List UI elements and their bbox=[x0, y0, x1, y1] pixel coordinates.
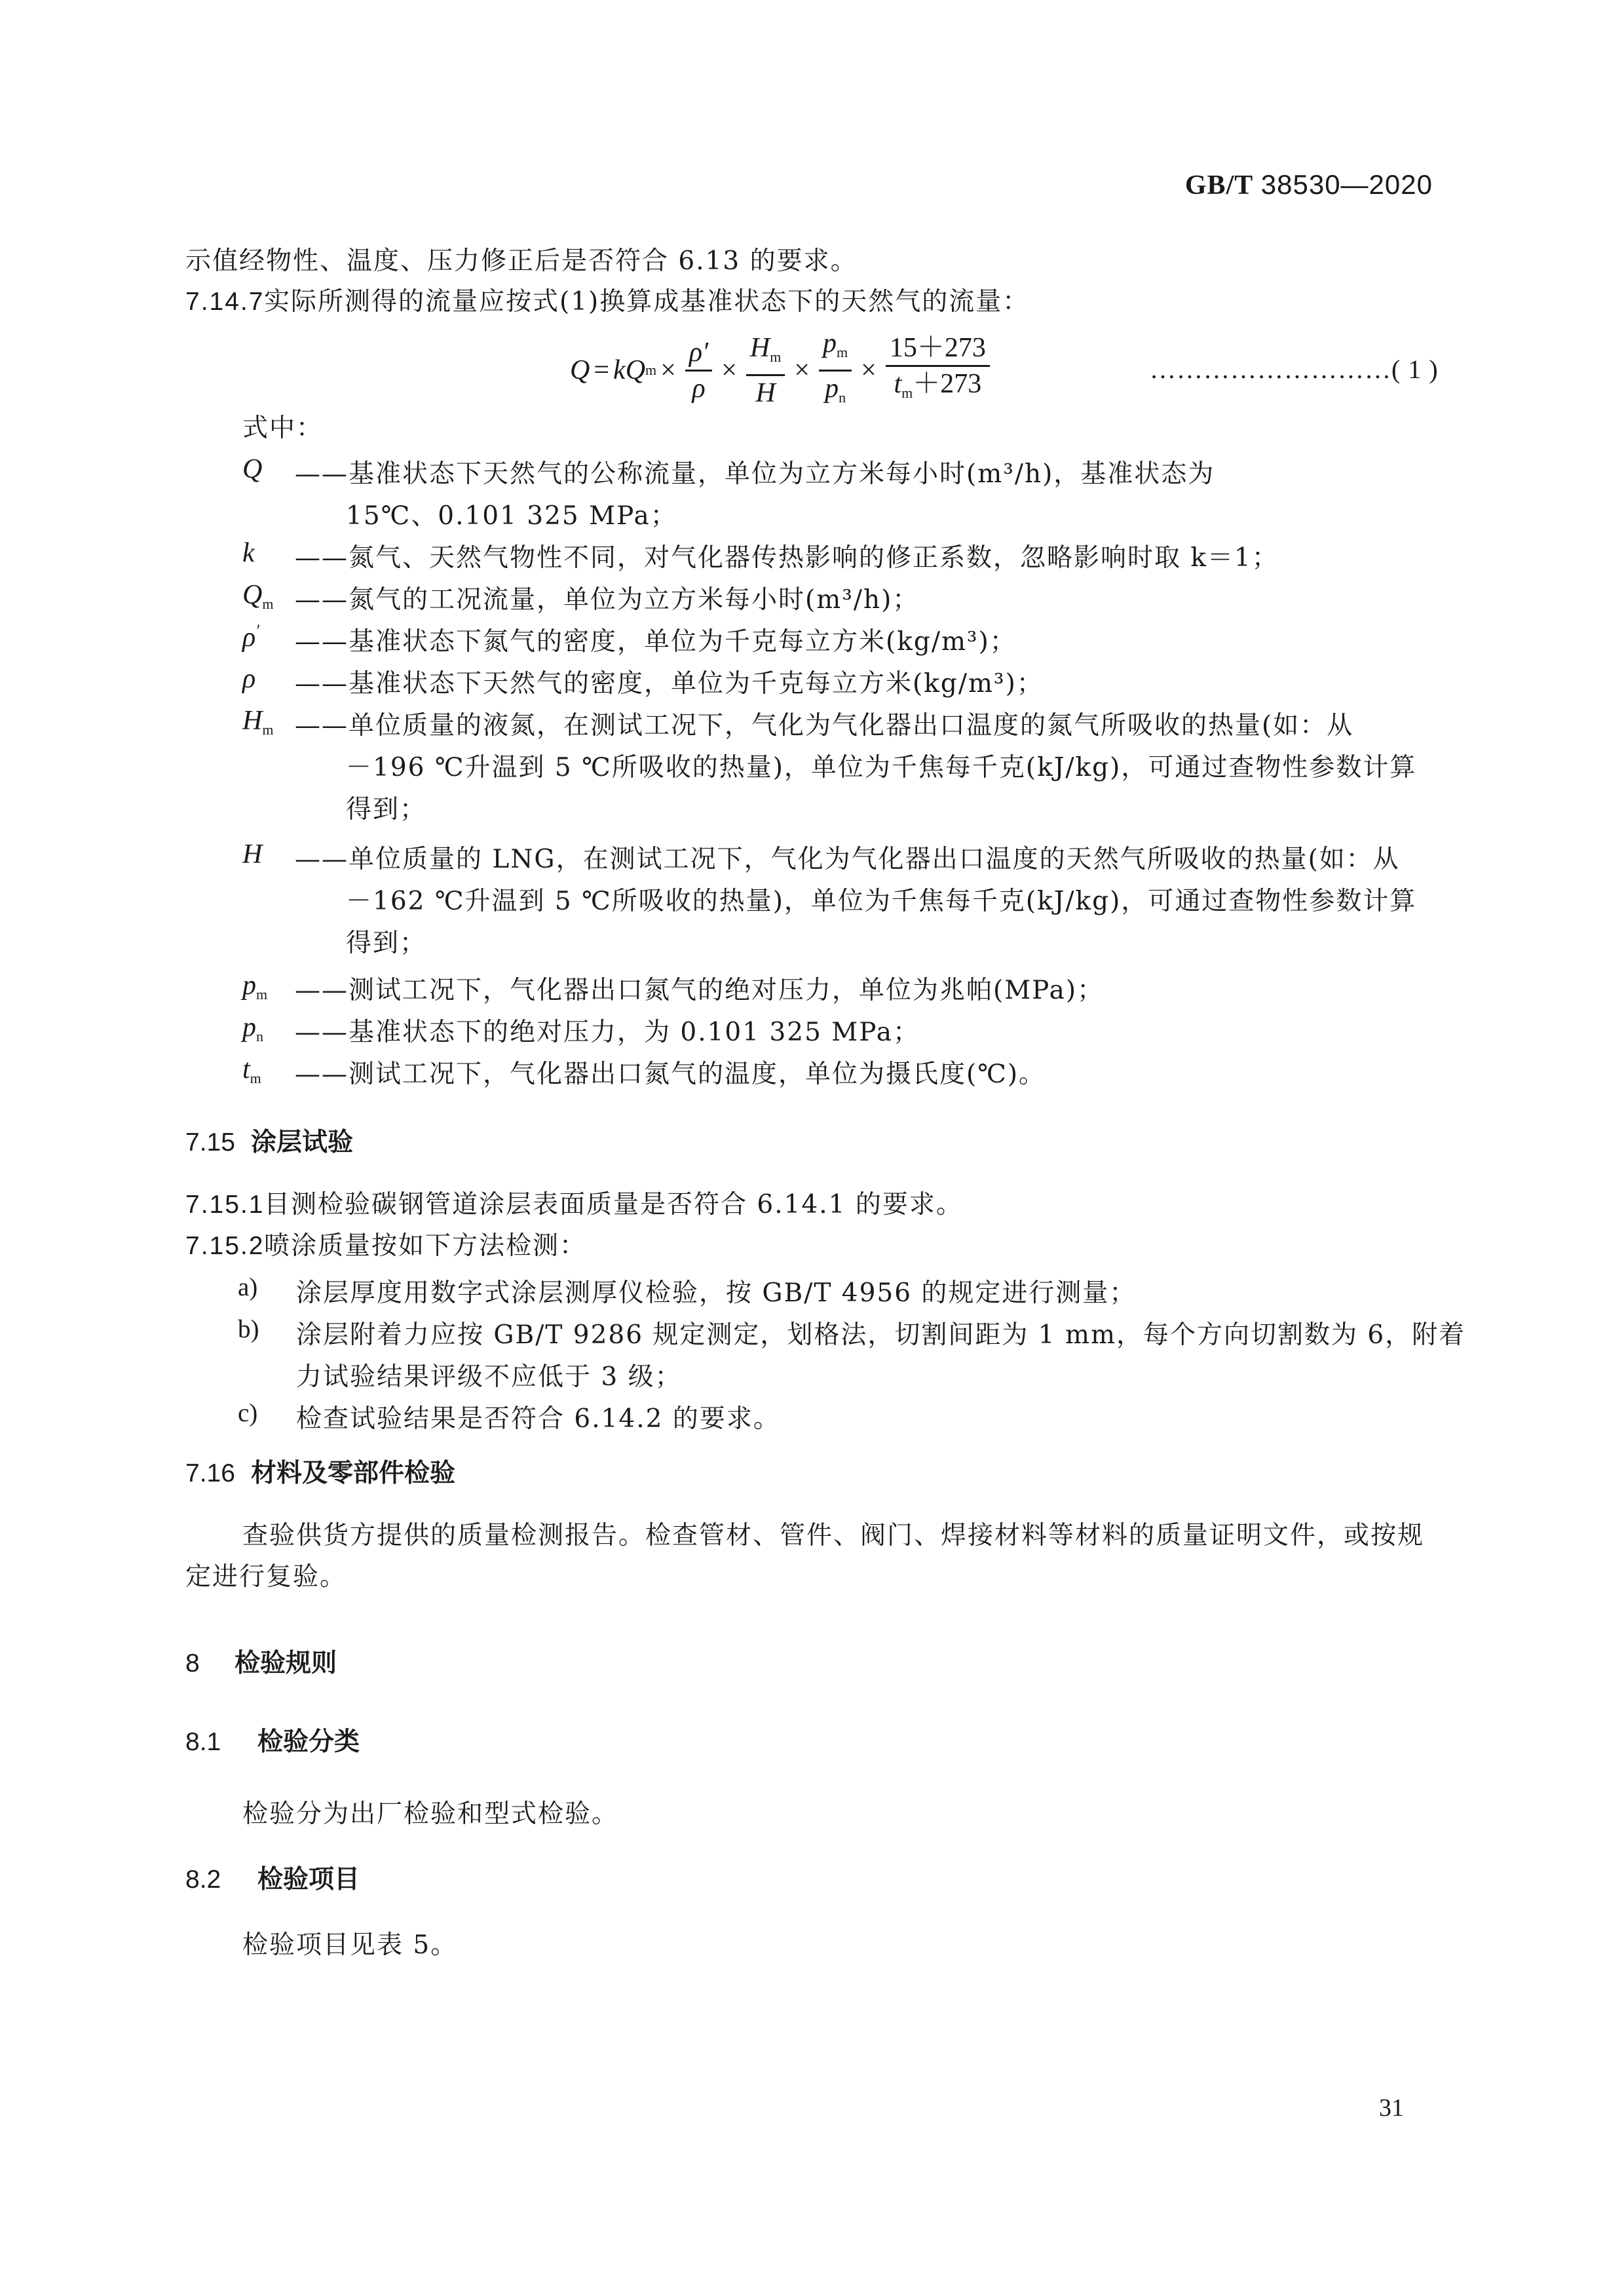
symbol: t bbox=[894, 369, 901, 399]
clause-7-15-1: 7.15.1目测检验碳钢管道涂层表面质量是否符合 6.14.1 的要求。 bbox=[185, 1189, 963, 1221]
clause-number: 7.15.1 bbox=[185, 1189, 264, 1221]
numerator: ρ′ bbox=[685, 335, 712, 372]
equation-label: ( 1 ) bbox=[1391, 354, 1439, 384]
formula-times: × bbox=[861, 354, 877, 386]
denominator: tm＋273 bbox=[890, 367, 985, 410]
chapter-number: 8 bbox=[185, 1648, 235, 1679]
subscript: m bbox=[262, 721, 273, 738]
standard-code-header: GB/T 38530—2020 bbox=[1185, 169, 1433, 201]
def-text: ——氮气的工况流量，单位为立方米每小时(m³/h)； bbox=[295, 579, 919, 616]
denominator: H bbox=[751, 376, 779, 410]
def-symbol-Qm: Qm bbox=[242, 579, 273, 613]
chapter-title: 检验规则 bbox=[235, 1649, 337, 1678]
def-text: ——基准状态下氮气的密度，单位为千克每立方米(kg/m³)； bbox=[295, 621, 1017, 658]
symbol: H bbox=[750, 333, 770, 363]
def-text-cont: 得到； bbox=[346, 923, 426, 959]
def-text: ——单位质量的 LNG，在测试工况下，气化为气化器出口温度的天然气所吸收的热量(… bbox=[295, 839, 1400, 875]
symbol: ρ bbox=[242, 622, 255, 653]
standard-prefix: GB/T bbox=[1185, 170, 1253, 201]
list-label-b: b) bbox=[238, 1314, 259, 1344]
section-number: 8.2 bbox=[185, 1864, 257, 1896]
symbol: p bbox=[242, 1012, 256, 1043]
superscript: ′ bbox=[255, 621, 259, 640]
def-symbol-k: k bbox=[242, 537, 255, 569]
subscript: m bbox=[256, 986, 267, 1003]
symbol: t bbox=[242, 1054, 250, 1084]
subscript: m bbox=[901, 385, 913, 401]
paragraph-7-16-cont: 定进行复验。 bbox=[185, 1561, 347, 1593]
formula-times: × bbox=[721, 354, 737, 386]
def-symbol-rho: ρ bbox=[242, 663, 255, 695]
def-text: ——基准状态下的绝对压力，为 0.101 325 MPa； bbox=[295, 1012, 920, 1048]
rest: ＋273 bbox=[913, 369, 981, 399]
def-text: ——基准状态下天然气的密度，单位为千克每立方米(kg/m³)； bbox=[295, 663, 1044, 700]
def-text: ——测试工况下，气化器出口氮气的温度，单位为摄氏度(℃)。 bbox=[295, 1054, 1046, 1090]
formula-qm-sub: m bbox=[645, 362, 656, 379]
def-text: ——单位质量的液氮，在测试工况下，气化为气化器出口温度的氮气所吸收的热量(如：从 bbox=[295, 705, 1353, 742]
formula-qm: Q bbox=[626, 354, 645, 386]
fraction-pressure: pm pn bbox=[819, 326, 852, 415]
denominator: pn bbox=[821, 372, 850, 415]
paragraph-8-2: 检验项目见表 5。 bbox=[242, 1930, 457, 1961]
symbol: p bbox=[825, 373, 839, 404]
def-text: ——氮气、天然气物性不同，对气化器传热影响的修正系数，忽略影响时取 k＝1； bbox=[295, 537, 1279, 574]
paragraph-7-16: 查验供货方提供的质量检测报告。检查管材、管件、阀门、焊接材料等材料的质量证明文件… bbox=[242, 1520, 1424, 1552]
paragraph-8-1: 检验分为出厂检验和型式检验。 bbox=[242, 1799, 618, 1830]
clause-text: 实际所测得的流量应按式(1)换算成基准状态下的天然气的流量： bbox=[264, 287, 1029, 316]
def-text-cont: －162 ℃升温到 5 ℃所吸收的热量)，单位为千焦每千克(kJ/kg)，可通过… bbox=[346, 881, 1416, 917]
chapter-heading-8: 8检验规则 bbox=[185, 1648, 337, 1679]
formula-times: × bbox=[794, 354, 810, 386]
page-number: 31 bbox=[1379, 2094, 1404, 2122]
leader-dots: ……………………… bbox=[1150, 354, 1391, 384]
numerator: pm bbox=[819, 326, 852, 372]
def-symbol-H: H bbox=[242, 839, 262, 870]
clause-7-15-2: 7.15.2喷涂质量按如下方法检测： bbox=[185, 1231, 586, 1262]
clause-number: 7.14.7 bbox=[185, 286, 264, 318]
section-number: 7.16 bbox=[185, 1458, 251, 1489]
clause-7-14-7: 7.14.7实际所测得的流量应按式(1)换算成基准状态下的天然气的流量： bbox=[185, 286, 1029, 318]
formula-equals: = bbox=[594, 354, 609, 386]
formula-lhs: Q bbox=[570, 354, 590, 386]
numerator: Hm bbox=[746, 331, 785, 376]
subscript: m bbox=[250, 1070, 261, 1086]
list-item-text: 检查试验结果是否符合 6.14.2 的要求。 bbox=[296, 1398, 780, 1435]
section-heading-8-1: 8.1检验分类 bbox=[185, 1727, 360, 1758]
formula-k: k bbox=[613, 354, 626, 386]
denominator: ρ bbox=[688, 372, 709, 406]
equation-number: ………………………( 1 ) bbox=[1150, 354, 1439, 385]
subscript: m bbox=[262, 596, 273, 612]
fraction-heat: Hm H bbox=[746, 331, 785, 410]
def-symbol-tm: tm bbox=[242, 1054, 261, 1087]
symbol: H bbox=[242, 839, 262, 870]
def-text: ——基准状态下天然气的公称流量，单位为立方米每小时(m³/h)，基准状态为 bbox=[295, 453, 1215, 490]
section-heading-7-16: 7.16材料及零部件检验 bbox=[185, 1458, 455, 1489]
fraction-temperature: 15＋273 tm＋273 bbox=[886, 331, 990, 410]
section-number: 7.15 bbox=[185, 1127, 251, 1158]
list-item-text-cont: 力试验结果评级不应低于 3 级； bbox=[296, 1356, 682, 1393]
def-symbol-Q: Q bbox=[242, 453, 262, 485]
section-heading-7-15: 7.15涂层试验 bbox=[185, 1127, 353, 1158]
section-title: 涂层试验 bbox=[251, 1128, 353, 1157]
symbol: k bbox=[242, 538, 255, 568]
def-text-cont: 得到； bbox=[346, 789, 426, 826]
subscript: m bbox=[837, 344, 848, 360]
clause-text: 喷涂质量按如下方法检测： bbox=[264, 1231, 586, 1261]
fraction-density: ρ′ ρ bbox=[685, 335, 712, 406]
symbol: p bbox=[823, 328, 837, 358]
clause-text: 目测检验碳钢管道涂层表面质量是否符合 6.14.1 的要求。 bbox=[264, 1190, 963, 1219]
intro-line: 示值经物性、温度、压力修正后是否符合 6.13 的要求。 bbox=[185, 246, 858, 277]
section-heading-8-2: 8.2检验项目 bbox=[185, 1864, 360, 1896]
def-text: ——测试工况下，气化器出口氮气的绝对压力，单位为兆帕(MPa)； bbox=[295, 970, 1104, 1006]
subscript: m bbox=[770, 349, 781, 365]
def-symbol-rho-prime: ρ′ bbox=[242, 621, 259, 653]
def-symbol-Hm: Hm bbox=[242, 705, 273, 738]
symbol: p bbox=[242, 970, 256, 1001]
section-title: 检验分类 bbox=[257, 1727, 360, 1757]
def-symbol-pm: pm bbox=[242, 970, 267, 1003]
list-label-c: c) bbox=[238, 1398, 257, 1428]
symbol: H bbox=[242, 706, 262, 736]
list-item-text: 涂层附着力应按 GB/T 9286 规定测定，划格法，切割间距为 1 mm，每个… bbox=[296, 1314, 1465, 1351]
subscript: n bbox=[256, 1028, 263, 1044]
standard-number: 38530—2020 bbox=[1261, 169, 1433, 200]
def-text-cont: 15℃、0.101 325 MPa； bbox=[346, 495, 677, 532]
numerator: 15＋273 bbox=[886, 331, 990, 367]
symbol: Q bbox=[242, 454, 262, 484]
where-label: 式中： bbox=[242, 413, 323, 444]
def-symbol-pn: pn bbox=[242, 1012, 263, 1045]
section-number: 8.1 bbox=[185, 1727, 257, 1758]
document-page: GB/T 38530—2020 示值经物性、温度、压力修正后是否符合 6.13 … bbox=[0, 0, 1624, 2296]
symbol: Q bbox=[242, 580, 262, 610]
subscript: n bbox=[839, 389, 846, 406]
formula-times: × bbox=[660, 354, 676, 386]
def-text-cont: －196 ℃升温到 5 ℃所吸收的热量)，单位为千焦每千克(kJ/kg)，可通过… bbox=[346, 747, 1416, 784]
list-item-text: 涂层厚度用数字式涂层测厚仪检验，按 GB/T 4956 的规定进行测量； bbox=[296, 1272, 1136, 1309]
symbol: ρ bbox=[242, 664, 255, 694]
clause-number: 7.15.2 bbox=[185, 1231, 264, 1262]
section-title: 检验项目 bbox=[257, 1865, 360, 1894]
section-title: 材料及零部件检验 bbox=[251, 1459, 455, 1488]
formula-1: Q = kQm × ρ′ ρ × Hm H × pm pn × 15＋273 t… bbox=[570, 331, 995, 410]
list-label-a: a) bbox=[238, 1272, 257, 1302]
